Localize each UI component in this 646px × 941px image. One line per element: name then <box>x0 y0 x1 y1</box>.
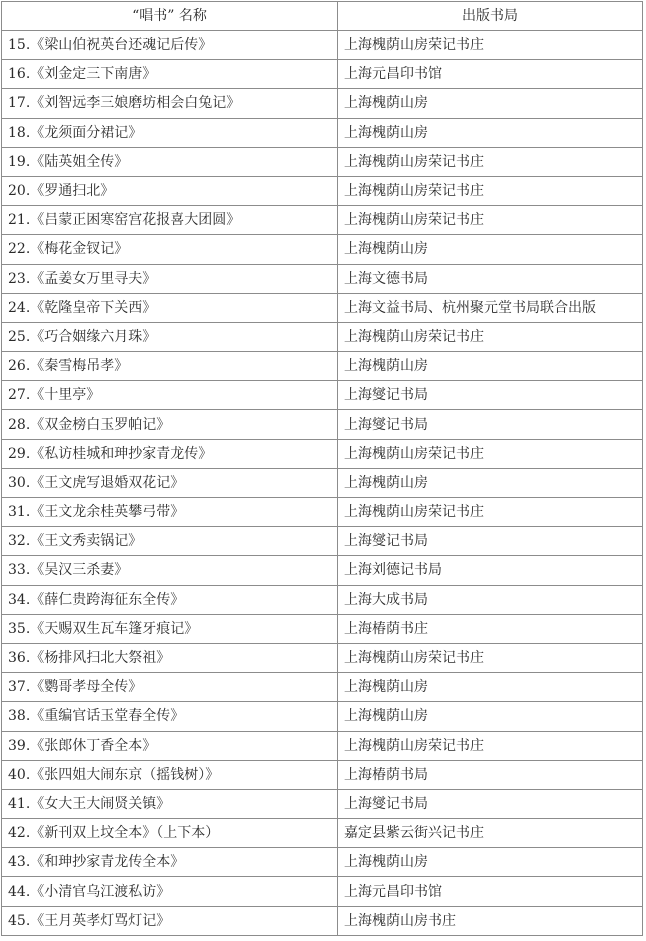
table-row: 34.《薛仁贵跨海征东全传》上海大成书局 <box>2 585 643 614</box>
publisher-cell: 上海槐荫山房书庄 <box>338 906 643 935</box>
publisher-cell: 嘉定县紫云街兴记书庄 <box>338 819 643 848</box>
table-row: 36.《杨排风扫北大祭祖》上海槐荫山房荣记书庄 <box>2 643 643 672</box>
publisher-cell: 上海燮记书局 <box>338 527 643 556</box>
publisher-cell: 上海槐荫山房荣记书庄 <box>338 31 643 60</box>
table-row: 26.《秦雪梅吊孝》上海槐荫山房 <box>2 352 643 381</box>
table-row: 27.《十里亭》上海燮记书局 <box>2 381 643 410</box>
book-title-cell: 35.《天赐双生瓦车篷牙痕记》 <box>2 614 338 643</box>
header-title: “唱书” 名称 <box>2 2 338 31</box>
table-row: 15.《梁山伯祝英台还魂记后传》上海槐荫山房荣记书庄 <box>2 31 643 60</box>
book-title-cell: 27.《十里亭》 <box>2 381 338 410</box>
publisher-cell: 上海槐荫山房 <box>338 673 643 702</box>
publisher-cell: 上海槐荫山房 <box>338 352 643 381</box>
publisher-cell: 上海燮记书局 <box>338 381 643 410</box>
book-title-cell: 32.《王文秀卖锅记》 <box>2 527 338 556</box>
table-row: 24.《乾隆皇帝下关西》上海文益书局、杭州聚元堂书局联合出版 <box>2 293 643 322</box>
header-publisher: 出版书局 <box>338 2 643 31</box>
book-title-cell: 26.《秦雪梅吊孝》 <box>2 352 338 381</box>
publisher-cell: 上海槐荫山房荣记书庄 <box>338 439 643 468</box>
publisher-cell: 上海槐荫山房荣记书庄 <box>338 322 643 351</box>
publisher-cell: 上海槐荫山房荣记书庄 <box>338 147 643 176</box>
book-title-cell: 44.《小清官乌江渡私访》 <box>2 877 338 906</box>
publisher-cell: 上海椿荫书庄 <box>338 614 643 643</box>
table-row: 31.《王文龙余桂英攀弓带》上海槐荫山房荣记书庄 <box>2 498 643 527</box>
book-title-cell: 33.《吴汉三杀妻》 <box>2 556 338 585</box>
table-row: 40.《张四姐大闹东京（摇钱树）》上海椿荫书局 <box>2 760 643 789</box>
publisher-cell: 上海燮记书局 <box>338 789 643 818</box>
publisher-cell: 上海槐荫山房荣记书庄 <box>338 498 643 527</box>
book-title-cell: 22.《梅花金钗记》 <box>2 235 338 264</box>
book-title-cell: 25.《巧合姻缘六月珠》 <box>2 322 338 351</box>
publisher-cell: 上海槐荫山房 <box>338 89 643 118</box>
book-publisher-table: “唱书” 名称 出版书局 15.《梁山伯祝英台还魂记后传》上海槐荫山房荣记书庄1… <box>1 1 643 936</box>
book-title-cell: 39.《张郎休丁香全本》 <box>2 731 338 760</box>
table-row: 22.《梅花金钗记》上海槐荫山房 <box>2 235 643 264</box>
publisher-cell: 上海元昌印书馆 <box>338 60 643 89</box>
table-row: 41.《女大王大闹贤关镇》上海燮记书局 <box>2 789 643 818</box>
table-row: 44.《小清官乌江渡私访》上海元昌印书馆 <box>2 877 643 906</box>
publisher-cell: 上海槐荫山房 <box>338 235 643 264</box>
publisher-cell: 上海槐荫山房荣记书庄 <box>338 643 643 672</box>
book-title-cell: 17.《刘智远李三娘磨坊相会白兔记》 <box>2 89 338 118</box>
book-title-cell: 16.《刘金定三下南唐》 <box>2 60 338 89</box>
table-row: 28.《双金榜白玉罗帕记》上海燮记书局 <box>2 410 643 439</box>
table-row: 37.《鹦哥孝母全传》上海槐荫山房 <box>2 673 643 702</box>
book-title-cell: 30.《王文虎写退婚双花记》 <box>2 468 338 497</box>
table-row: 20.《罗通扫北》上海槐荫山房荣记书庄 <box>2 176 643 205</box>
table-row: 17.《刘智远李三娘磨坊相会白兔记》上海槐荫山房 <box>2 89 643 118</box>
book-title-cell: 23.《孟姜女万里寻夫》 <box>2 264 338 293</box>
publisher-cell: 上海大成书局 <box>338 585 643 614</box>
table-row: 35.《天赐双生瓦车篷牙痕记》上海椿荫书庄 <box>2 614 643 643</box>
book-title-cell: 40.《张四姐大闹东京（摇钱树）》 <box>2 760 338 789</box>
table-row: 23.《孟姜女万里寻夫》上海文德书局 <box>2 264 643 293</box>
table-row: 42.《新刊双上坟全本》（上下本）嘉定县紫云街兴记书庄 <box>2 819 643 848</box>
table-row: 30.《王文虎写退婚双花记》上海槐荫山房 <box>2 468 643 497</box>
book-title-cell: 28.《双金榜白玉罗帕记》 <box>2 410 338 439</box>
publisher-cell: 上海燮记书局 <box>338 410 643 439</box>
table-row: 16.《刘金定三下南唐》上海元昌印书馆 <box>2 60 643 89</box>
table-header-row: “唱书” 名称 出版书局 <box>2 2 643 31</box>
book-title-cell: 34.《薛仁贵跨海征东全传》 <box>2 585 338 614</box>
book-title-cell: 37.《鹦哥孝母全传》 <box>2 673 338 702</box>
publisher-cell: 上海刘德记书局 <box>338 556 643 585</box>
table-row: 18.《龙须面分裙记》上海槐荫山房 <box>2 118 643 147</box>
publisher-cell: 上海槐荫山房 <box>338 468 643 497</box>
book-title-cell: 18.《龙须面分裙记》 <box>2 118 338 147</box>
publisher-cell: 上海文益书局、杭州聚元堂书局联合出版 <box>338 293 643 322</box>
book-title-cell: 24.《乾隆皇帝下关西》 <box>2 293 338 322</box>
table-row: 21.《吕蒙正困寒窑宫花报喜大团圆》上海槐荫山房荣记书庄 <box>2 206 643 235</box>
table-row: 38.《重编官话玉堂春全传》上海槐荫山房 <box>2 702 643 731</box>
book-title-cell: 31.《王文龙余桂英攀弓带》 <box>2 498 338 527</box>
book-title-cell: 19.《陆英姐全传》 <box>2 147 338 176</box>
publisher-cell: 上海槐荫山房 <box>338 118 643 147</box>
book-title-cell: 45.《王月英孝灯骂灯记》 <box>2 906 338 935</box>
book-title-cell: 42.《新刊双上坟全本》（上下本） <box>2 819 338 848</box>
publisher-cell: 上海槐荫山房荣记书庄 <box>338 206 643 235</box>
table-body: 15.《梁山伯祝英台还魂记后传》上海槐荫山房荣记书庄16.《刘金定三下南唐》上海… <box>2 31 643 936</box>
book-title-cell: 21.《吕蒙正困寒窑宫花报喜大团圆》 <box>2 206 338 235</box>
table-row: 39.《张郎休丁香全本》上海槐荫山房荣记书庄 <box>2 731 643 760</box>
publisher-cell: 上海槐荫山房 <box>338 702 643 731</box>
publisher-cell: 上海槐荫山房荣记书庄 <box>338 731 643 760</box>
table-row: 19.《陆英姐全传》上海槐荫山房荣记书庄 <box>2 147 643 176</box>
publisher-cell: 上海元昌印书馆 <box>338 877 643 906</box>
table-row: 33.《吴汉三杀妻》上海刘德记书局 <box>2 556 643 585</box>
publisher-cell: 上海文德书局 <box>338 264 643 293</box>
table-row: 29.《私访桂城和珅抄家青龙传》上海槐荫山房荣记书庄 <box>2 439 643 468</box>
table-row: 43.《和珅抄家青龙传全本》上海槐荫山房 <box>2 848 643 877</box>
book-title-cell: 41.《女大王大闹贤关镇》 <box>2 789 338 818</box>
book-title-cell: 29.《私访桂城和珅抄家青龙传》 <box>2 439 338 468</box>
table-row: 32.《王文秀卖锅记》上海燮记书局 <box>2 527 643 556</box>
table-row: 45.《王月英孝灯骂灯记》上海槐荫山房书庄 <box>2 906 643 935</box>
publisher-cell: 上海槐荫山房 <box>338 848 643 877</box>
book-title-cell: 15.《梁山伯祝英台还魂记后传》 <box>2 31 338 60</box>
book-title-cell: 36.《杨排风扫北大祭祖》 <box>2 643 338 672</box>
publisher-cell: 上海槐荫山房荣记书庄 <box>338 176 643 205</box>
table-row: 25.《巧合姻缘六月珠》上海槐荫山房荣记书庄 <box>2 322 643 351</box>
book-title-cell: 43.《和珅抄家青龙传全本》 <box>2 848 338 877</box>
book-title-cell: 38.《重编官话玉堂春全传》 <box>2 702 338 731</box>
book-title-cell: 20.《罗通扫北》 <box>2 176 338 205</box>
publisher-cell: 上海椿荫书局 <box>338 760 643 789</box>
